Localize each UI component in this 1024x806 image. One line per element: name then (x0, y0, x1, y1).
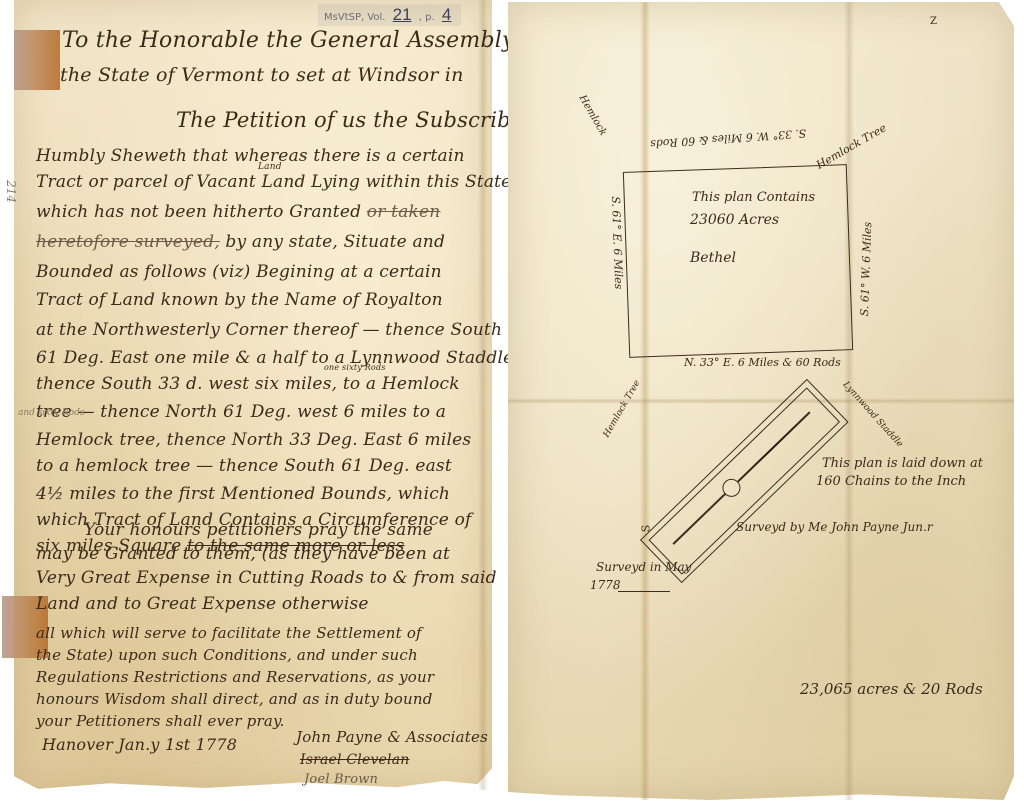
scale-note-line-2: 160 Chains to the Inch (816, 474, 966, 489)
petition-line: heretofore surveyed, by any state, Situa… (36, 232, 445, 252)
signature-joel-brown: Joel Brown (304, 772, 378, 787)
prayer-line: Your honours petitioners pray the same (84, 520, 433, 540)
archive-reference-label: MsVtSP, Vol. 21 , p. 4 (318, 4, 461, 26)
petition-heading-line-1: To the Honorable the General Assembly of (62, 28, 544, 53)
bottom-bearing: N. 33° E. 6 Miles & 60 Rods (684, 356, 841, 369)
petition-line: Tract or parcel of Vacant Land Lying wit… (36, 172, 511, 192)
petition-line: Hemlock tree, thence North 33 Deg. East … (36, 430, 471, 450)
town-name: Bethel (690, 250, 736, 266)
petition-line: at the Northwesterly Corner thereof — th… (36, 320, 502, 340)
acreage-total: 23,065 acres & 20 Rods (800, 680, 983, 698)
petition-line: to a hemlock tree — thence South 61 Deg.… (36, 456, 452, 476)
prayer-line: Land and to Great Expense otherwise (36, 594, 369, 614)
surveyed-date-line-2: 1778 (590, 578, 621, 592)
petition-line: 61 Deg. East one mile & a half to a Lynn… (36, 348, 536, 368)
petition-date-visible: Hanover Jan.y 1st 1778 (42, 735, 237, 754)
prayer-line: Very Great Expense in Cutting Roads to &… (36, 568, 497, 588)
signature-john-payne: John Payne & Associates (296, 728, 488, 746)
surveyed-date-line-1: Surveyd in May (596, 560, 691, 574)
archive-volume: 21 (393, 5, 412, 24)
petition-line: tree — thence North 61 Deg. west 6 miles… (36, 402, 446, 422)
date-underline (618, 591, 670, 592)
petition-line: thence South 33 d. west six miles, to a … (36, 374, 460, 394)
archive-page-prefix: , p. (419, 12, 435, 23)
petition-line: which has not been hitherto Granted or t… (36, 202, 440, 222)
interlinear-insertion: one sixty Rods (324, 363, 386, 372)
petition-heading-line-2: the State of Vermont to set at Windsor i… (60, 64, 464, 86)
corner-mark: Z (930, 16, 937, 27)
petition-line: Bounded as follows (viz) Begining at a c… (36, 262, 442, 282)
archive-page: 4 (442, 5, 451, 24)
archive-prefix: MsVtSP, Vol. (324, 12, 385, 23)
fold-crease (640, 2, 650, 800)
plan-acreage: 23060 Acres (690, 212, 779, 228)
struck-out-text: or taken (367, 202, 441, 222)
prayer-line: may be Granted to them, (as they have be… (36, 544, 450, 564)
scale-note-line-1: This plan is laid down at (822, 456, 983, 471)
prayer-line: your Petitioners shall ever pray. (36, 712, 285, 730)
prayer-line: the State) upon such Conditions, and und… (36, 646, 418, 664)
prayer-line: honours Wisdom shall direct, and as in d… (36, 690, 433, 708)
tape-residue-top (14, 30, 60, 90)
petition-line-text: which has not been hitherto Granted (36, 202, 361, 222)
petition-line-text: by any state, Situate and (225, 232, 445, 252)
prayer-line: all which will serve to facilitate the S… (36, 624, 422, 642)
margin-insertion: and sixty Rods (18, 408, 85, 418)
petition-line: Humbly Sheweth that whereas there is a c… (36, 146, 465, 166)
compass-south-label: S (639, 525, 652, 533)
petition-line: 4½ miles to the first Mentioned Bounds, … (36, 484, 450, 504)
petition-line: Tract of Land known by the Name of Royal… (36, 290, 443, 310)
prayer-line: Regulations Restrictions and Reservation… (36, 668, 434, 686)
signature-israel-clevelan: Israel Clevelan (300, 752, 409, 768)
fold-crease (508, 398, 1014, 404)
surveyor-credit: Surveyd by Me John Payne Jun.r (736, 520, 933, 534)
struck-out-text: heretofore surveyed, (36, 232, 220, 252)
margin-number: 214 (4, 180, 18, 203)
interlinear-insertion: Land (258, 162, 282, 172)
plan-contains-label: This plan Contains (692, 190, 815, 205)
petition-title: The Petition of us the Subscribers (176, 108, 545, 132)
